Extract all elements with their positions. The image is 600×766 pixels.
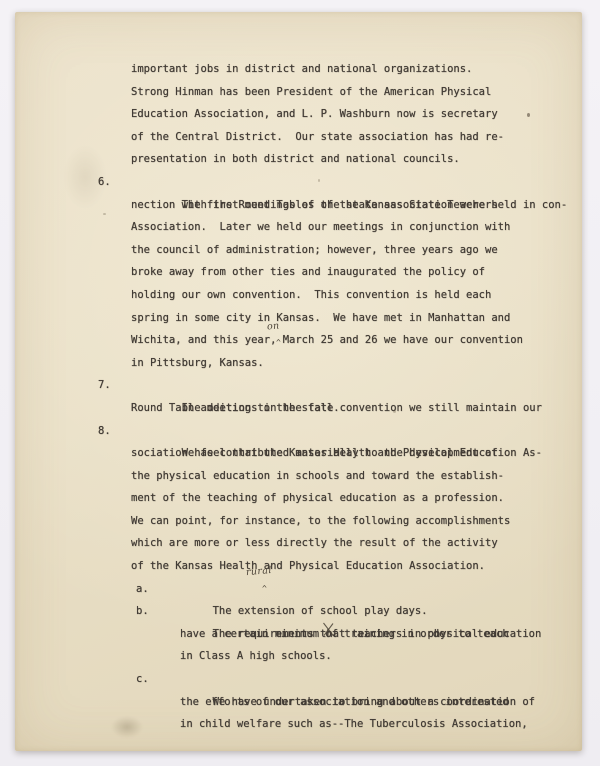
typed-line: Strong Hinman has been President of the … bbox=[15, 81, 582, 104]
typed-line: We can point, for instance, to the follo… bbox=[15, 510, 582, 533]
typed-line: 7.In addition to the state convention we… bbox=[15, 374, 582, 397]
typed-line: ment of the teaching of physical educati… bbox=[15, 487, 582, 510]
subitem-letter: c. bbox=[136, 668, 149, 691]
typed-line: in Class A high schools. bbox=[15, 645, 582, 668]
typed-line: b.The requirements that teachers in phys… bbox=[15, 600, 582, 623]
typed-line: in Pittsburg, Kansas. bbox=[15, 352, 582, 375]
photo-background: important jobs in district and national … bbox=[0, 0, 600, 766]
caret-mark: ^ bbox=[276, 339, 281, 347]
typed-line: Association. Later we held our meetings … bbox=[15, 216, 582, 239]
typed-line: Round Table meetings in the fall. bbox=[15, 397, 582, 420]
stain-smudge bbox=[55, 132, 115, 222]
ink-speck bbox=[393, 410, 396, 413]
typed-line: Wichita, and this year, March 25 and 26 … bbox=[15, 329, 582, 352]
typed-line: the physical education in schools and to… bbox=[15, 465, 582, 488]
typed-line: a.The extension of school play days. bbox=[15, 578, 582, 601]
typed-line: of the Kansas Health and Physical Educat… bbox=[15, 555, 582, 578]
typed-line: Education Association, and L. P. Washbur… bbox=[15, 103, 582, 126]
typed-line: holding our own convention. This convent… bbox=[15, 284, 582, 307]
ink-dot bbox=[527, 113, 530, 117]
typed-line: the council of administration; however, … bbox=[15, 239, 582, 262]
subitem-letter: a. bbox=[136, 578, 149, 601]
document-page: important jobs in district and national … bbox=[15, 12, 582, 751]
handwritten-insertion-on: on bbox=[267, 321, 280, 332]
typed-line: 8.We feel that the Kansas Health and Phy… bbox=[15, 420, 582, 443]
typed-line: broke away from other ties and inaugurat… bbox=[15, 261, 582, 284]
typed-line: sociation has contributed materially to … bbox=[15, 442, 582, 465]
stain-smudge bbox=[105, 712, 149, 742]
subitem-letter: b. bbox=[136, 600, 149, 623]
typed-line: in child welfare such as--The Tuberculos… bbox=[15, 713, 582, 736]
typed-line: have a certain minimum of training in or… bbox=[15, 623, 582, 646]
typed-line: the efforts of our association and other… bbox=[15, 691, 582, 714]
item-number: 8. bbox=[98, 420, 111, 443]
ink-speck bbox=[103, 213, 106, 215]
ink-speck bbox=[318, 179, 320, 182]
item-number: 7. bbox=[98, 374, 111, 397]
caret-mark: ^ bbox=[262, 585, 267, 593]
typed-line: important jobs in district and national … bbox=[15, 58, 582, 81]
typed-line: c.We have undertaken to bring about a co… bbox=[15, 668, 582, 691]
typed-line: which are more or less directly the resu… bbox=[15, 532, 582, 555]
typed-line: spring in some city in Kansas. We have m… bbox=[15, 307, 582, 330]
overstrike-mark bbox=[322, 622, 335, 637]
